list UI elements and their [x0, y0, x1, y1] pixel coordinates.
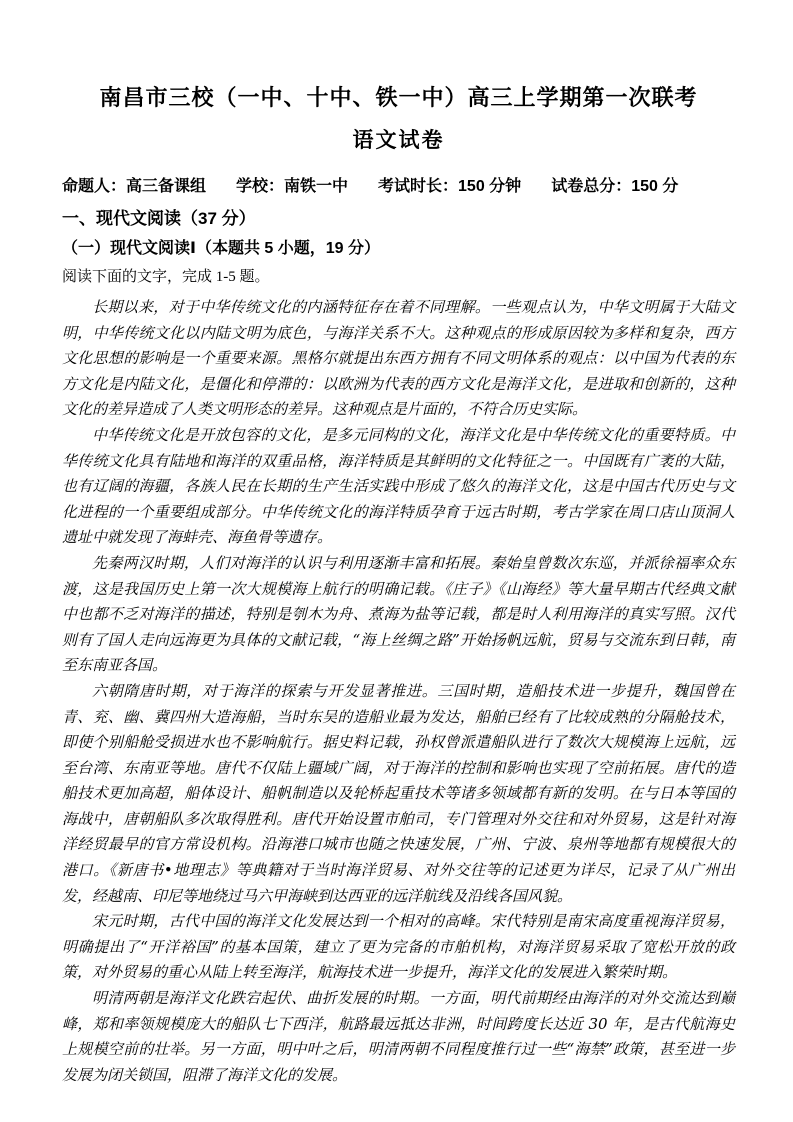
- section-heading-modern-reading: 一、现代文阅读（37 分）: [62, 207, 735, 231]
- meta-author: 命题人：高三备课组: [62, 176, 206, 198]
- exam-paper-page: 南昌市三校（一中、十中、铁一中）高三上学期第一次联考 语文试卷 命题人：高三备课…: [0, 0, 793, 1122]
- section-subheading-reading-one: （一）现代文阅读Ⅰ（本题共 5 小题，19 分）: [62, 238, 735, 260]
- reading-passage: 长期以来，对于中华传统文化的内涵特征存在着不同理解。一些观点认为，中华文明属于大…: [62, 295, 735, 1088]
- passage-paragraph-6: 明清两朝是海洋文化跌宕起伏、曲折发展的时期。一方面，明代前期经由海洋的对外交流达…: [62, 986, 735, 1088]
- exam-meta-row: 命题人：高三备课组 学校：南铁一中 考试时长：150 分钟 试卷总分：150 分: [62, 176, 735, 198]
- meta-duration: 考试时长：150 分钟: [378, 176, 521, 198]
- meta-total-score: 试卷总分：150 分: [551, 176, 678, 198]
- page-title: 南昌市三校（一中、十中、铁一中）高三上学期第一次联考: [62, 84, 735, 112]
- passage-paragraph-1: 长期以来，对于中华传统文化的内涵特征存在着不同理解。一些观点认为，中华文明属于大…: [62, 295, 735, 423]
- reading-instruction: 阅读下面的文字，完成 1-5 题。: [62, 266, 735, 288]
- passage-paragraph-3: 先秦两汉时期，人们对海洋的认识与利用逐渐丰富和拓展。秦始皇曾数次东巡，并派徐福率…: [62, 551, 735, 679]
- passage-paragraph-2: 中华传统文化是开放包容的文化，是多元同构的文化，海洋文化是中华传统文化的重要特质…: [62, 423, 735, 551]
- page-subtitle: 语文试卷: [62, 128, 735, 154]
- passage-paragraph-4: 六朝隋唐时期，对于海洋的探索与开发显著推进。三国时期，造船技术进一步提升，魏国曾…: [62, 679, 735, 909]
- meta-school: 学校：南铁一中: [236, 176, 348, 198]
- passage-paragraph-5: 宋元时期，古代中国的海洋文化发展达到一个相对的高峰。宋代特别是南宋高度重视海洋贸…: [62, 909, 735, 986]
